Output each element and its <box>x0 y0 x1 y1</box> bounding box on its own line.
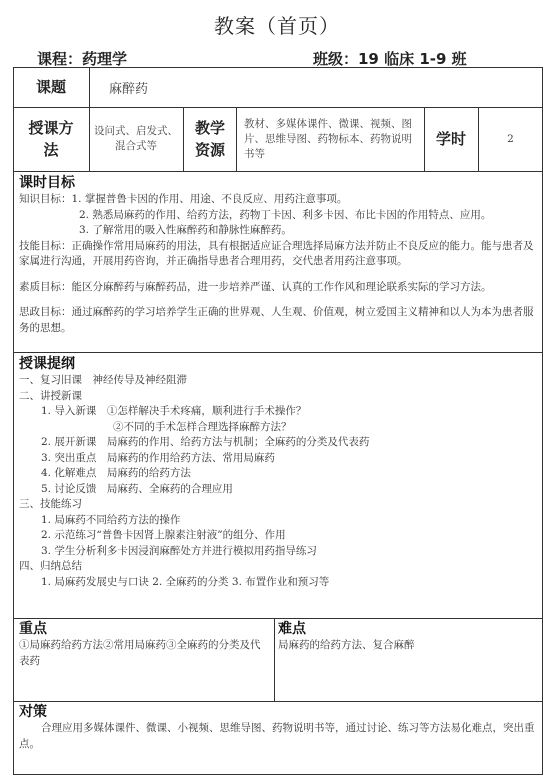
resources-value: 教材、多媒体课件、微课、视频、图片、思维导图、药物标本、药物说明书等 <box>240 107 422 171</box>
skill-objective: 技能目标：正确操作常用局麻药的用法，具有根据适应证合理选择局麻方法并防止不良反应… <box>19 239 539 270</box>
class-label: 班级：19 临床 1-9 班 <box>313 48 467 69</box>
outline-section: 授课提纲 一、复习旧课 神经传导及神经阻滞 二、讲授新课 1. 导入新课 ①怎样… <box>19 355 539 590</box>
hours-value: 2 <box>478 107 543 171</box>
resources-label: 教学资源 <box>188 107 232 171</box>
strategy-section: 对策 合理应用多媒体课件、微课、小视频、思维导图、药物说明书等，通过讨论、练习等… <box>19 703 539 752</box>
divider <box>183 107 184 171</box>
key-points-text: ①局麻药给药方法②常用局麻药③全麻药的分类及代表药 <box>19 638 269 669</box>
hours-label: 学时 <box>424 107 478 171</box>
divider <box>13 171 543 172</box>
outline-item: 四、归纳总结 <box>19 559 539 575</box>
outline-item: 1. 导入新课 ①怎样解决手术疼痛，顺利进行手术操作？ <box>19 404 539 420</box>
objectives-heading: 课时目标 <box>19 174 539 192</box>
quality-objective: 素质目标：能区分麻醉药与麻醉药品，进一步培养严谨、认真的工作作风和理论联系实际的… <box>19 280 539 296</box>
key-points-section: 重点 ①局麻药给药方法②常用局麻药③全麻药的分类及代表药 <box>19 620 269 669</box>
topic-label: 课题 <box>13 67 89 107</box>
knowledge-objective-3: 3. 了解常用的吸入性麻醉药和静脉性麻醉药。 <box>19 223 539 239</box>
outline-item: 一、复习旧课 神经传导及神经阻滞 <box>19 373 539 389</box>
knowledge-objective-1: 知识目标：1. 掌握普鲁卡因的作用、用途、不良反应、用药注意事项。 <box>19 192 539 208</box>
outline-item: 4. 化解难点 局麻药的给药方法 <box>19 466 539 482</box>
divider <box>274 618 275 701</box>
key-points-heading: 重点 <box>19 620 269 638</box>
difficulties-text: 局麻药的给药方法、复合麻醉 <box>278 638 538 654</box>
objectives-section: 课时目标 知识目标：1. 掌握普鲁卡因的作用、用途、不良反应、用药注意事项。 2… <box>19 174 539 336</box>
outline-item: 2. 示范练习“普鲁卡因肾上腺素注射液”的组分、作用 <box>19 528 539 544</box>
method-label: 授课方法 <box>28 107 74 171</box>
topic-value: 麻醉药 <box>89 67 543 107</box>
outline-item: 1. 局麻药不同给药方法的操作 <box>19 513 539 529</box>
outline-item: 1. 局麻药发展史与口诀 2. 全麻药的分类 3. 布置作业和预习等 <box>19 575 539 591</box>
ideology-objective: 思政目标：通过麻醉药的学习培养学生正确的世界观、人生观、价值观，树立爱国主义精神… <box>19 305 539 336</box>
outline-item: 三、技能练习 <box>19 497 539 513</box>
difficulties-heading: 难点 <box>278 620 538 638</box>
difficulties-section: 难点 局麻药的给药方法、复合麻醉 <box>278 620 538 654</box>
divider <box>13 701 543 702</box>
outline-heading: 授课提纲 <box>19 355 539 373</box>
outline-item: 5. 讨论反馈 局麻药、全麻药的合理应用 <box>19 482 539 498</box>
document-title: 教案（首页） <box>0 10 554 39</box>
outline-item: 2. 展开新课 局麻药的作用、给药方法与机制；全麻药的分类及代表药 <box>19 435 539 451</box>
course-label: 课程：药理学 <box>37 48 127 69</box>
divider <box>13 352 543 353</box>
outline-item: 二、讲授新课 <box>19 389 539 405</box>
divider <box>13 618 543 619</box>
outline-item: 3. 学生分析利多卡因浸润麻醉处方并进行模拟用药指导练习 <box>19 544 539 560</box>
outline-item: ②不同的手术怎样合理选择麻醉方法？ <box>19 420 539 436</box>
outline-item: 3. 突出重点 局麻药的作用给药方法、常用局麻药 <box>19 451 539 467</box>
strategy-heading: 对策 <box>19 703 539 721</box>
divider <box>236 107 237 171</box>
knowledge-objective-2: 2. 熟悉局麻药的作用、给药方法，药物丁卡因、利多卡因、布比卡因的作用特点、应用… <box>19 208 539 224</box>
method-value: 设问式、启发式、混合式等 <box>92 107 180 171</box>
strategy-text: 合理应用多媒体课件、微课、小视频、思维导图、药物说明书等，通过讨论、练习等方法易… <box>19 721 539 752</box>
